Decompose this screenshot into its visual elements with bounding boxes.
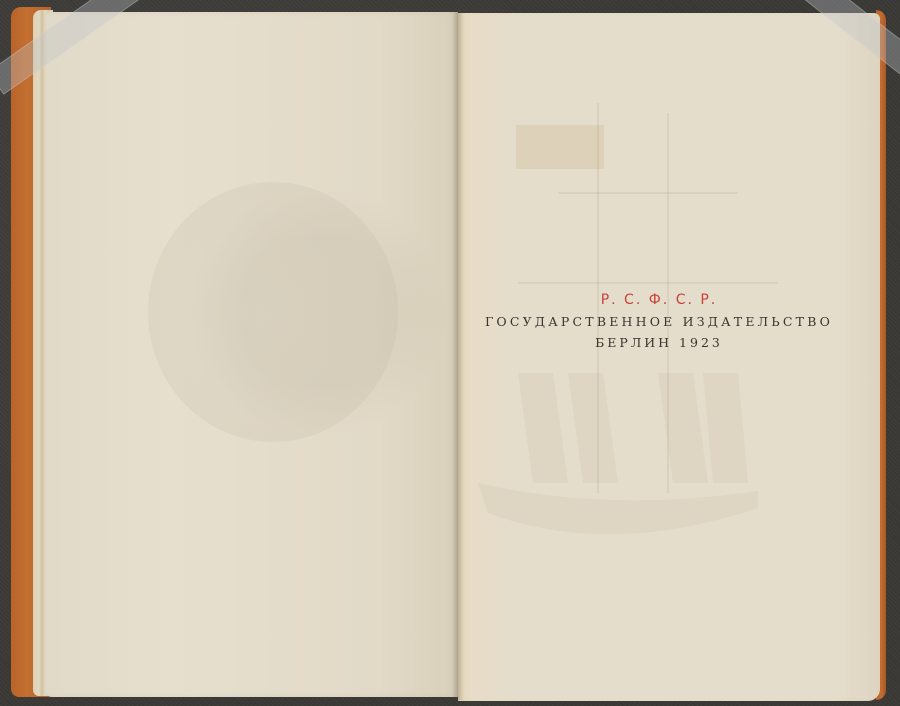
book-spine-gutter <box>452 10 464 700</box>
imprint-rsfsr: Р. С. Ф. С. Р. <box>438 290 880 310</box>
left-page <box>46 12 458 697</box>
publisher-imprint: Р. С. Ф. С. Р. ГОСУДАРСТВЕННОЕ ИЗДАТЕЛЬС… <box>458 290 880 353</box>
show-through-stamp <box>516 125 604 169</box>
imprint-publisher: ГОСУДАРСТВЕННОЕ ИЗДАТЕЛЬСТВО <box>438 312 880 332</box>
right-page <box>458 13 880 701</box>
show-through-ship-illustration <box>458 13 880 701</box>
show-through-circle-illustration <box>148 182 398 442</box>
imprint-city-year: БЕРЛИН 1923 <box>438 333 880 353</box>
